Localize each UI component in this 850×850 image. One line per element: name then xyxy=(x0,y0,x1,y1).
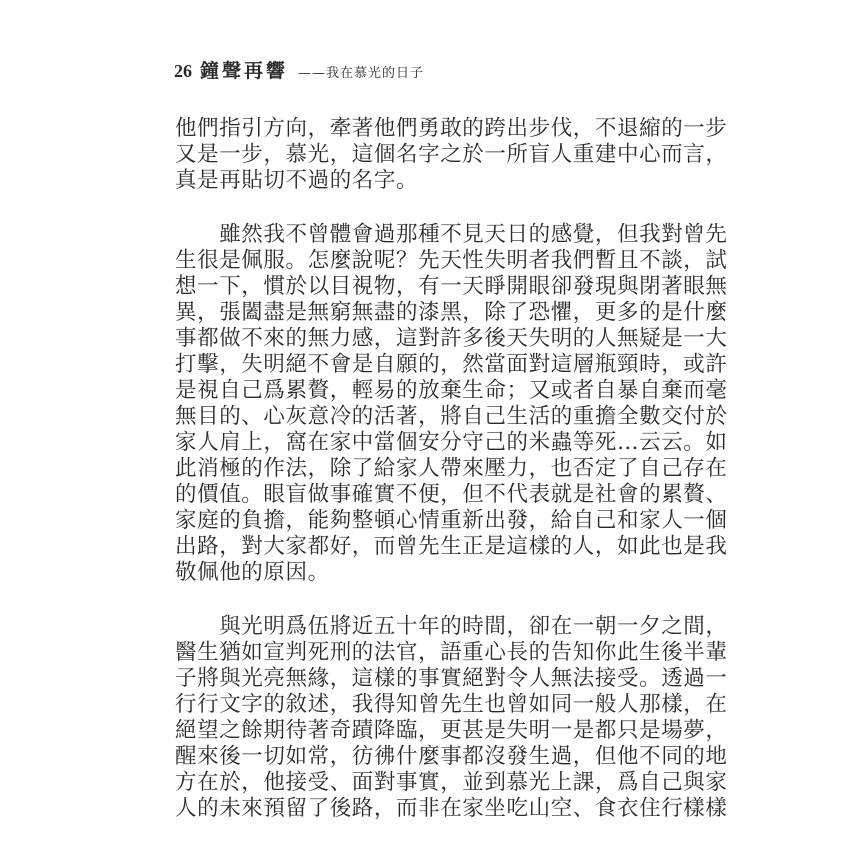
text-line: 與光明爲伍將近五十年的時間，卻在一朝一夕之間， xyxy=(175,614,687,640)
text-line: 生很是佩服。怎麼說呢？先天性失明者我們暫且不談，試 xyxy=(175,248,687,274)
paragraph-2: 雖然我不曾體會過那種不見天日的感覺，但我對曾先 生很是佩服。怎麼說呢？先天性失明… xyxy=(175,222,687,586)
text-line: 事都做不來的無力感，這對許多後天失明的人無疑是一大 xyxy=(175,326,687,352)
running-header: 26 鐘聲再響 ——我在慕光的日子 xyxy=(174,56,424,82)
text-line: 出路，對大家都好，而曾先生正是這樣的人，如此也是我 xyxy=(175,534,687,560)
text-line: 家人肩上，窩在家中當個安分守己的米蟲等死…云云。如 xyxy=(175,430,687,456)
text-line: 家庭的負擔，能夠整頓心情重新出發，給自己和家人一個 xyxy=(175,508,687,534)
text-line: 他們指引方向，牽著他們勇敢的跨出步伐，不退縮的一步 xyxy=(175,116,687,142)
page-number: 26 xyxy=(174,61,192,82)
paragraph-1: 他們指引方向，牽著他們勇敢的跨出步伐，不退縮的一步 又是一步，慕光，這個名字之於… xyxy=(175,116,687,194)
text-line: 絕望之餘期待著奇蹟降臨，更甚是失明一是都只是場夢， xyxy=(175,718,687,744)
text-line: 真是再貼切不過的名字。 xyxy=(175,168,687,194)
text-line: 異，張闔盡是無窮無盡的漆黑，除了恐懼，更多的是什麼 xyxy=(175,300,687,326)
text-line: 此消極的作法，除了給家人帶來壓力，也否定了自己存在 xyxy=(175,456,687,482)
text-line: 人的未來預留了後路，而非在家坐吃山空、食衣住行樣樣 xyxy=(175,796,687,822)
text-line: 行行文字的敘述，我得知曾先生也曾如同一般人那樣，在 xyxy=(175,692,687,718)
text-line: 子將與光亮無緣，這樣的事實絕對令人無法接受。透過一 xyxy=(175,666,687,692)
paragraph-3: 與光明爲伍將近五十年的時間，卻在一朝一夕之間， 醫生猶如宣判死刑的法官，語重心長… xyxy=(175,614,687,822)
text-line: 是視自己爲累贅，輕易的放棄生命；又或者自暴自棄而毫 xyxy=(175,378,687,404)
book-subtitle: ——我在慕光的日子 xyxy=(298,62,424,81)
text-line: 打擊，失明絕不會是自願的，然當面對這層瓶頸時，或許 xyxy=(175,352,687,378)
text-line: 又是一步，慕光，這個名字之於一所盲人重建中心而言， xyxy=(175,142,687,168)
page-body: 他們指引方向，牽著他們勇敢的跨出步伐，不退縮的一步 又是一步，慕光，這個名字之於… xyxy=(175,116,687,850)
text-line: 想一下，慣於以目視物，有一天睜開眼卻發現與閉著眼無 xyxy=(175,274,687,300)
text-line: 醫生猶如宣判死刑的法官，語重心長的告知你此生後半輩 xyxy=(175,640,687,666)
text-line: 無目的、心灰意冷的活著，將自己生活的重擔全數交付於 xyxy=(175,404,687,430)
text-line: 雖然我不曾體會過那種不見天日的感覺，但我對曾先 xyxy=(175,222,687,248)
text-line: 敬佩他的原因。 xyxy=(175,560,687,586)
text-line: 方在於，他接受、面對事實，並到慕光上課，爲自己與家 xyxy=(175,770,687,796)
text-line: 醒來後一切如常，彷彿什麼事都沒發生過，但他不同的地 xyxy=(175,744,687,770)
text-line: 的價值。眼盲做事確實不便，但不代表就是社會的累贅、 xyxy=(175,482,687,508)
book-title: 鐘聲再響 xyxy=(200,56,288,83)
